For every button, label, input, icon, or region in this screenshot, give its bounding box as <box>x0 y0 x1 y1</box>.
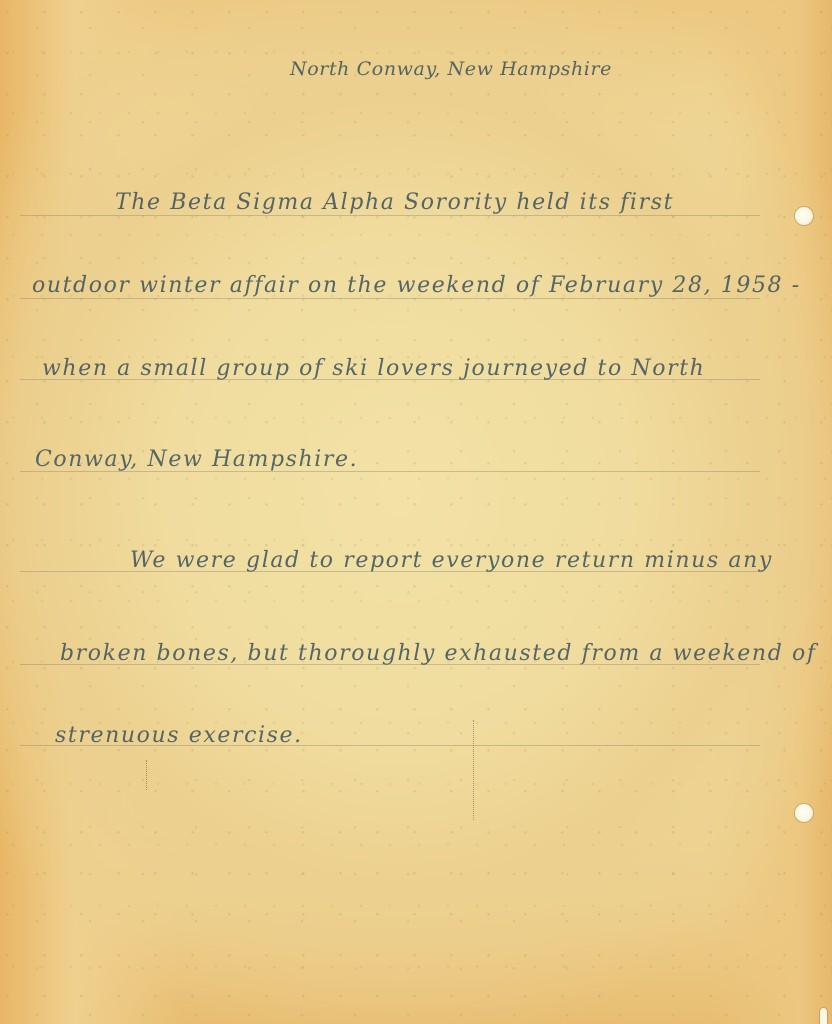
paragraph-1-line-2: outdoor winter affair on the weekend of … <box>32 273 801 298</box>
paragraph-2-line-3: strenuous exercise. <box>55 723 303 748</box>
ruled-line <box>20 298 760 299</box>
ruled-line <box>20 215 760 216</box>
paragraph-1-line-3: when a small group of ski lovers journey… <box>42 356 705 381</box>
punch-hole-middle <box>795 804 813 822</box>
punch-hole-bottom <box>820 1008 827 1024</box>
paragraph-1-line-4: Conway, New Hampshire. <box>35 447 358 472</box>
paragraph-1-line-1: The Beta Sigma Alpha Sorority held its f… <box>115 190 674 215</box>
punch-hole-top <box>795 207 813 225</box>
page-heading: North Conway, New Hampshire <box>290 58 612 80</box>
paragraph-2-line-1: We were glad to report everyone return m… <box>130 548 773 573</box>
pencil-mark <box>146 760 148 790</box>
scrapbook-page: North Conway, New Hampshire The Beta Sig… <box>0 0 832 1024</box>
pencil-mark <box>473 720 475 820</box>
paragraph-2-line-2: broken bones, but thoroughly exhausted f… <box>60 641 817 666</box>
paper-texture <box>0 0 832 1024</box>
